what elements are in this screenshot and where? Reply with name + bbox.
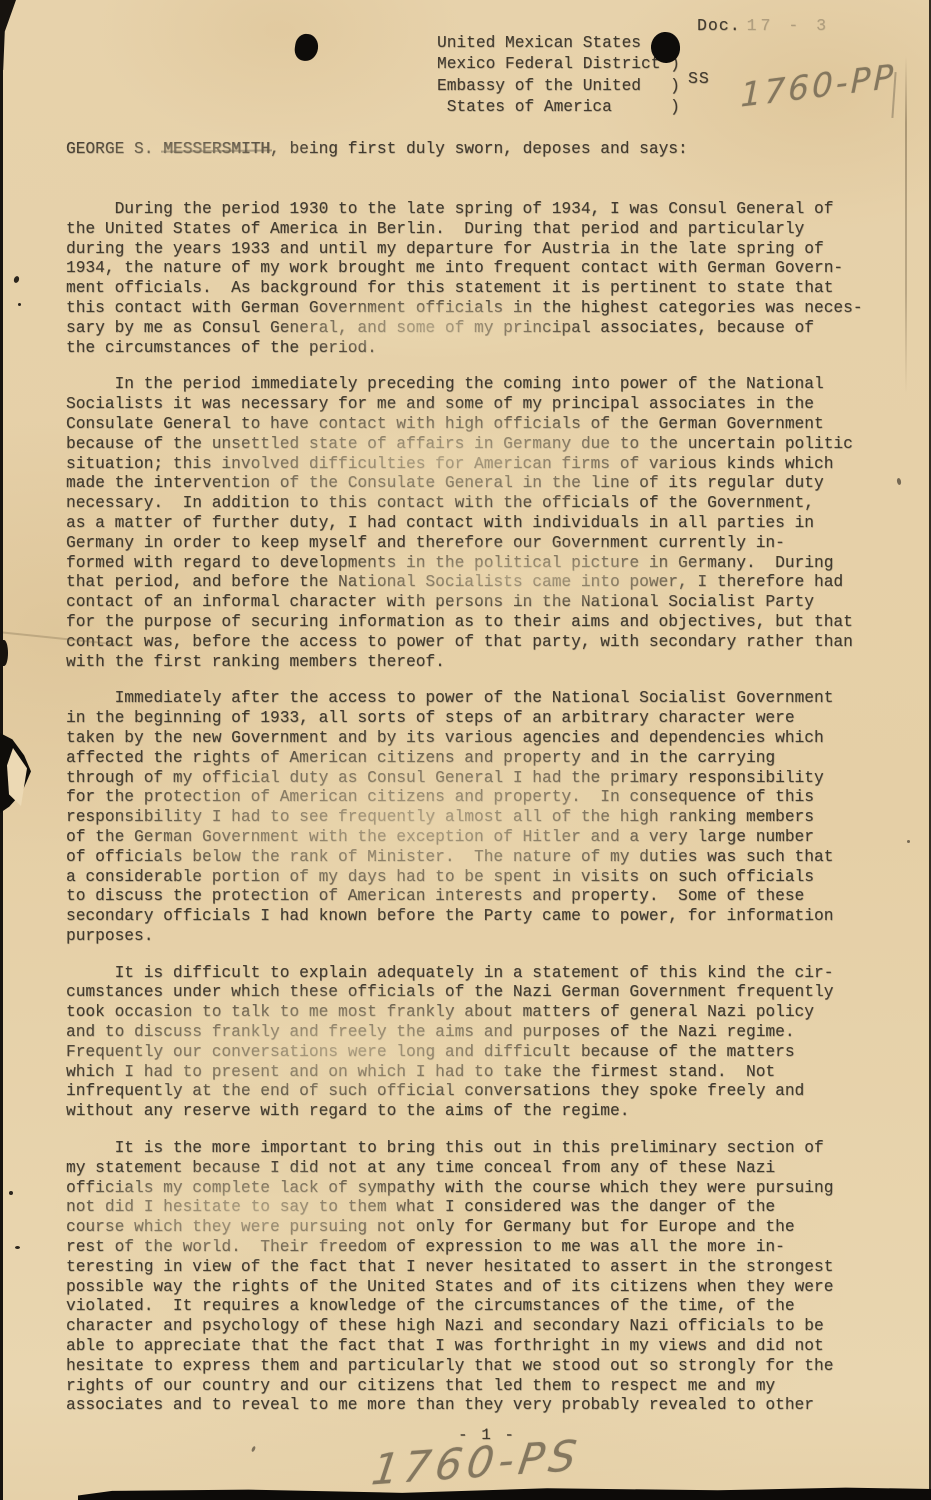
ss-label: SS <box>688 69 710 88</box>
doc-number-stamp: Doc.17 - 3 <box>697 16 830 35</box>
paper-speck <box>251 1446 256 1453</box>
paper-nick-left <box>0 640 8 666</box>
affidavit-paragraph-2: In the period immediately preceding the … <box>66 375 878 672</box>
pencil-annotation-bottom: 1760-PS <box>369 1430 584 1494</box>
deponent-name: MESSERSMITH <box>163 140 270 158</box>
paper-speck <box>907 840 910 843</box>
paper-speck <box>15 1246 20 1249</box>
paper-crease-right <box>905 56 907 394</box>
paper-speck <box>9 1191 13 1195</box>
deponent-name-prefix: GEORGE S. <box>66 140 163 158</box>
affidavit-paragraph-4: It is difficult to explain adequately in… <box>66 964 878 1122</box>
pencil-annotation-top: 1760-PP <box>740 56 896 114</box>
doc-label: Doc. <box>697 16 741 35</box>
affidavit-paragraph-1: During the period 1930 to the late sprin… <box>66 200 878 358</box>
affidavit-paragraph-5: It is the more important to bring this o… <box>66 1139 878 1416</box>
scanned-affidavit-page: Doc.17 - 3 United Mexican States ) Mexic… <box>0 0 931 1500</box>
affidavit-paragraph-3: Immediately after the access to power of… <box>66 689 878 946</box>
paper-speck <box>18 303 21 306</box>
venue-caption: United Mexican States ) Mexico Federal D… <box>437 33 680 119</box>
doc-number-faded-text: 17 - 3 <box>747 16 830 35</box>
hole-punch-left <box>293 33 320 63</box>
opening-rest: , being first duly sworn, deposes and sa… <box>270 140 688 158</box>
scan-edge-top-left-corner <box>0 0 16 70</box>
affidavit-opening: GEORGE S. MESSERSMITH, being first duly … <box>66 140 688 158</box>
affidavit-body: During the period 1930 to the late sprin… <box>66 200 878 1433</box>
scan-edge-bottom <box>78 1487 931 1500</box>
paper-speck <box>896 478 901 486</box>
paper-speck <box>13 275 20 283</box>
